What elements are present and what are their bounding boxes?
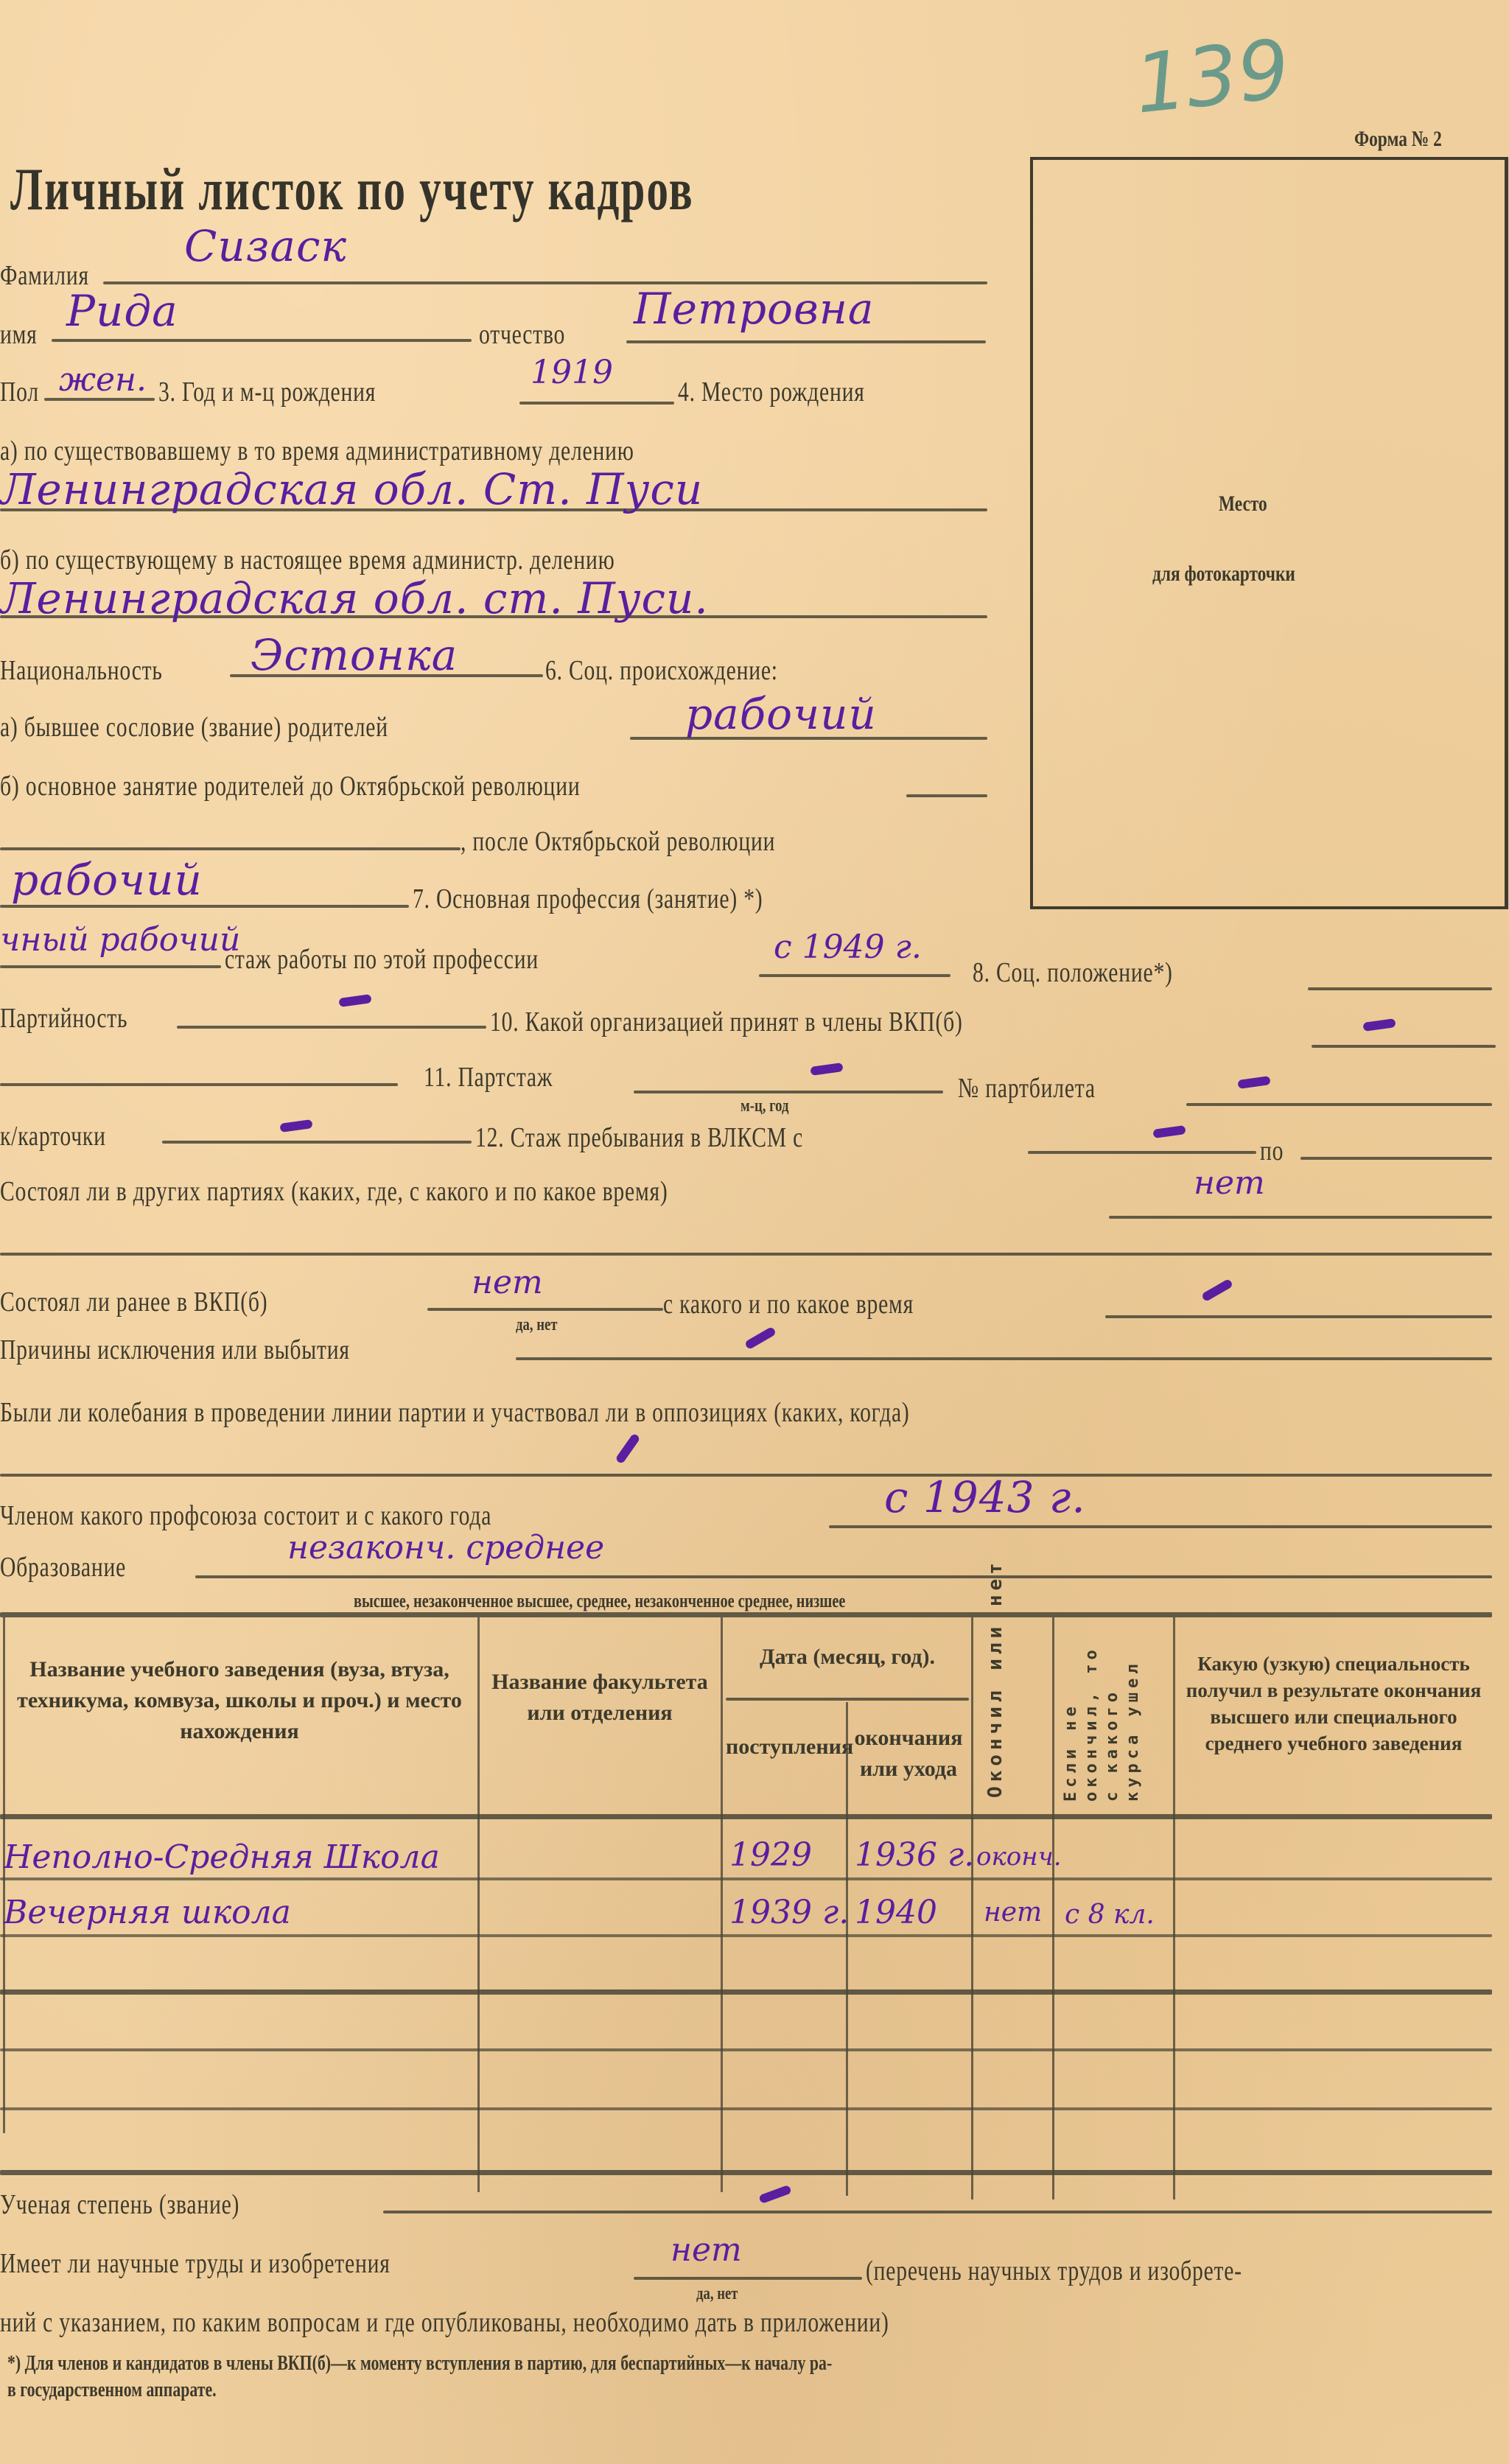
birthplace-label: 4. Место рождения [678,376,865,408]
row1-date-in[interactable]: 1929 [729,1836,812,1874]
nationality-label: Национальность [0,654,163,687]
sex-value[interactable]: жен. [59,361,147,399]
page-number: 139 [1130,21,1294,131]
row2-finished[interactable]: нет [984,1897,1042,1928]
org-value-dash[interactable] [1362,1018,1396,1032]
th-date-group: Дата (месяц, год). [726,1642,969,1673]
birth-label: 3. Год и м-ц рождения [158,376,376,408]
nationality-value[interactable]: Эстонка [251,630,458,680]
admin-then-value[interactable]: Ленинградская обл. Ст. Пуси [0,464,703,514]
th-specialty: Какую (узкую) специальность получил в ре… [1179,1651,1488,1757]
occupation-before-label: б) основное занятие родителей до Октябрь… [0,770,580,802]
row2-date-in[interactable]: 1939 г. [729,1894,849,1931]
degree-dash[interactable] [758,2185,791,2204]
footnote-1: *) Для членов и кандидатов в члены ВКП(б… [7,2352,832,2376]
admin-then-label: а) по существовавшему в то время админис… [0,435,634,467]
works-label: Имеет ли научные труды и изобретения [0,2247,391,2280]
works-value[interactable]: нет [671,2231,742,2269]
union-label: Членом какого профсоюза состоит и с како… [0,1499,491,1532]
social-status-label: 8. Соц. положение*) [973,956,1173,989]
degree-label: Ученая степень (звание) [0,2188,239,2221]
name-value[interactable]: Рида [66,286,178,336]
exclusion-label: Причины исключения или выбытия [0,1334,350,1366]
komsomol-to-label: по [1260,1135,1284,1167]
th-date-out: окончания или ухода [849,1723,968,1785]
opposition-label: Были ли колебания в проведении линии пар… [0,1396,910,1429]
education-hint: высшее, незаконченное высшее, среднее, н… [354,1590,845,1612]
row2-institution[interactable]: Вечерняя школа [4,1894,291,1931]
origin-label: 6. Соц. происхождение: [545,654,778,687]
other-parties-value[interactable]: нет [1194,1164,1265,1202]
party-card-label: № партбилета [958,1072,1096,1105]
party-card-dash[interactable] [1237,1076,1270,1089]
union-value[interactable]: с 1943 г. [884,1472,1086,1522]
org-label: 10. Какой организацией принят в члены ВК… [490,1006,963,1038]
vkp-period-label: с какого и по какое время [663,1288,914,1320]
profession-value[interactable]: чный рабочий [0,921,240,959]
occupation-after-value[interactable]: рабочий [11,855,203,905]
vkp-period-dash[interactable] [1201,1278,1233,1302]
cand-card-label: к/карточки [0,1120,106,1152]
th-institution: Название учебного заведения (вуза, втуза… [7,1654,472,1747]
party-tenure-label: 11. Партстаж [424,1061,553,1093]
admin-now-label: б) по существующему в настоящее время ад… [0,544,615,576]
vkp-before-hint: да, нет [516,1315,557,1335]
estate-label: а) бывшее сословие (звание) родителей [0,711,388,743]
occupation-after-label: , после Октябрьской революции [461,825,775,858]
party-tenure-dash[interactable] [810,1063,843,1076]
education-value[interactable]: незаконч. среднее [287,1529,604,1567]
row2-course[interactable]: с 8 кл. [1065,1900,1155,1930]
photo-placeholder: Место для фотокарточки [1030,157,1508,909]
education-label: Образование [0,1551,126,1583]
admin-now-value[interactable]: Ленинградская обл. ст. Пуси. [0,573,709,623]
photo-label-2: для фотокарточки [1152,561,1295,587]
exclusion-dash[interactable] [744,1326,777,1350]
party-value-dash[interactable] [338,994,371,1007]
th-course: Если не окончил, то с какого курса ушел [1061,1632,1144,1802]
th-finished: Окончил или нет [984,1636,1007,1798]
patronymic-label: отчество [479,318,565,351]
footnote-2: в государственном аппарате. [7,2379,217,2402]
vkp-before-value[interactable]: нет [472,1264,543,1301]
profession-label: 7. Основная профессия (занятие) *) [413,883,763,915]
works-hint: да, нет [696,2284,738,2304]
sex-label: Пол [0,376,39,408]
th-date-in: поступления [726,1732,844,1763]
name-label: имя [0,318,38,351]
row2-date-out[interactable]: 1940 [855,1894,937,1931]
komsomol-label: 12. Стаж пребывания в ВЛКСМ с [475,1121,803,1154]
estate-value[interactable]: рабочий [685,689,877,739]
party-label: Партийность [0,1002,127,1035]
tenure-value[interactable]: с 1949 г. [774,928,922,966]
surname-value[interactable]: Сизаск [184,221,347,271]
works-note-2: ний с указанием, по каким вопросам и где… [0,2306,889,2339]
photo-label-1: Место [1219,491,1267,517]
other-parties-label: Состоял ли в других партиях (каких, где,… [0,1175,668,1208]
komsomol-from-dash[interactable] [1152,1125,1186,1138]
row1-date-out[interactable]: 1936 г. [855,1836,974,1874]
page-title: Личный листок по учету кадров [10,155,694,224]
patronymic-value[interactable]: Петровна [634,284,875,334]
tenure-label: стаж работы по этой профессии [225,943,539,976]
party-tenure-hint: м-ц, год [741,1096,788,1116]
birth-value[interactable]: 1919 [531,354,613,391]
row1-finished[interactable]: оконч. [976,1842,1062,1872]
works-note-1: (перечень научных трудов и изобрете- [866,2255,1242,2287]
cand-card-dash[interactable] [279,1119,312,1133]
th-faculty: Название факультета или отделения [483,1667,717,1729]
row1-institution[interactable]: Неполно-Средняя Школа [4,1838,440,1876]
form-number: Форма № 2 [1354,127,1442,152]
vkp-before-label: Состоял ли ранее в ВКП(б) [0,1286,267,1318]
opposition-dash[interactable] [615,1433,640,1465]
